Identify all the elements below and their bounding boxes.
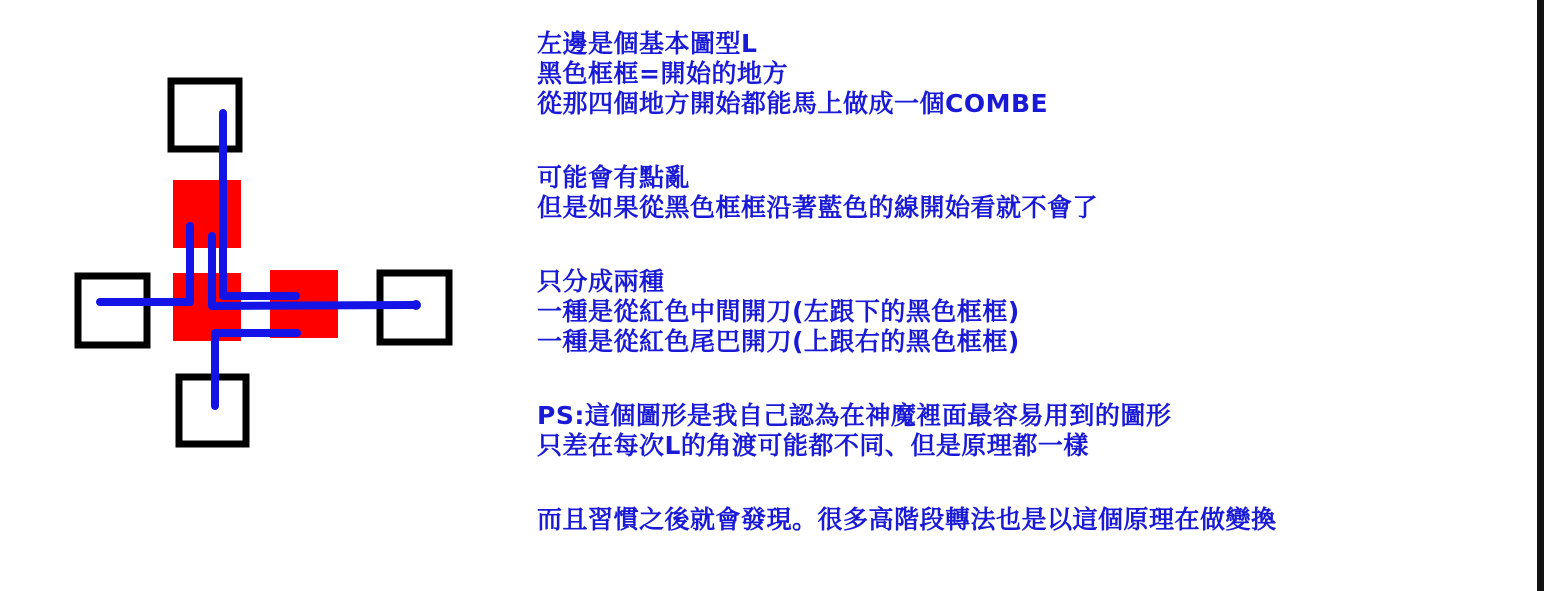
note-line: 一種是從紅色中間開刀(左跟下的黑色框框) [537, 298, 1020, 326]
start-box-top [171, 81, 239, 149]
note-line: 可能會有點亂 [537, 164, 690, 192]
note-line: 一種是從紅色尾巴開刀(上跟右的黑色框框) [537, 328, 1020, 356]
note-line: 只分成兩種 [537, 268, 665, 296]
red-square-top [173, 180, 241, 248]
note-line: 只差在每次L的角渡可能都不同、但是原理都一樣 [537, 432, 1089, 460]
path-bottom [215, 333, 297, 406]
note-line: 而且習慣之後就會發現。很多高階段轉法也是以這個原理在做變換 [537, 506, 1277, 534]
l-shape-diagram [0, 0, 520, 591]
start-box-left [78, 276, 147, 345]
blue-paths [100, 113, 416, 406]
diagram-canvas [0, 0, 520, 591]
note-line: 左邊是個基本圖型L [537, 30, 757, 58]
path-right-endpoint [411, 300, 421, 310]
note-line: 從那四個地方開始都能馬上做成一個COMBE [537, 90, 1048, 118]
right-border-line [1537, 0, 1544, 591]
note-line: 但是如果從黑色框框沿著藍色的線開始看就不會了 [537, 194, 1098, 222]
note-line: 黑色框框=開始的地方 [537, 60, 788, 88]
note-line: PS:這個圖形是我自己認為在神魔裡面最容易用到的圖形 [537, 402, 1171, 430]
